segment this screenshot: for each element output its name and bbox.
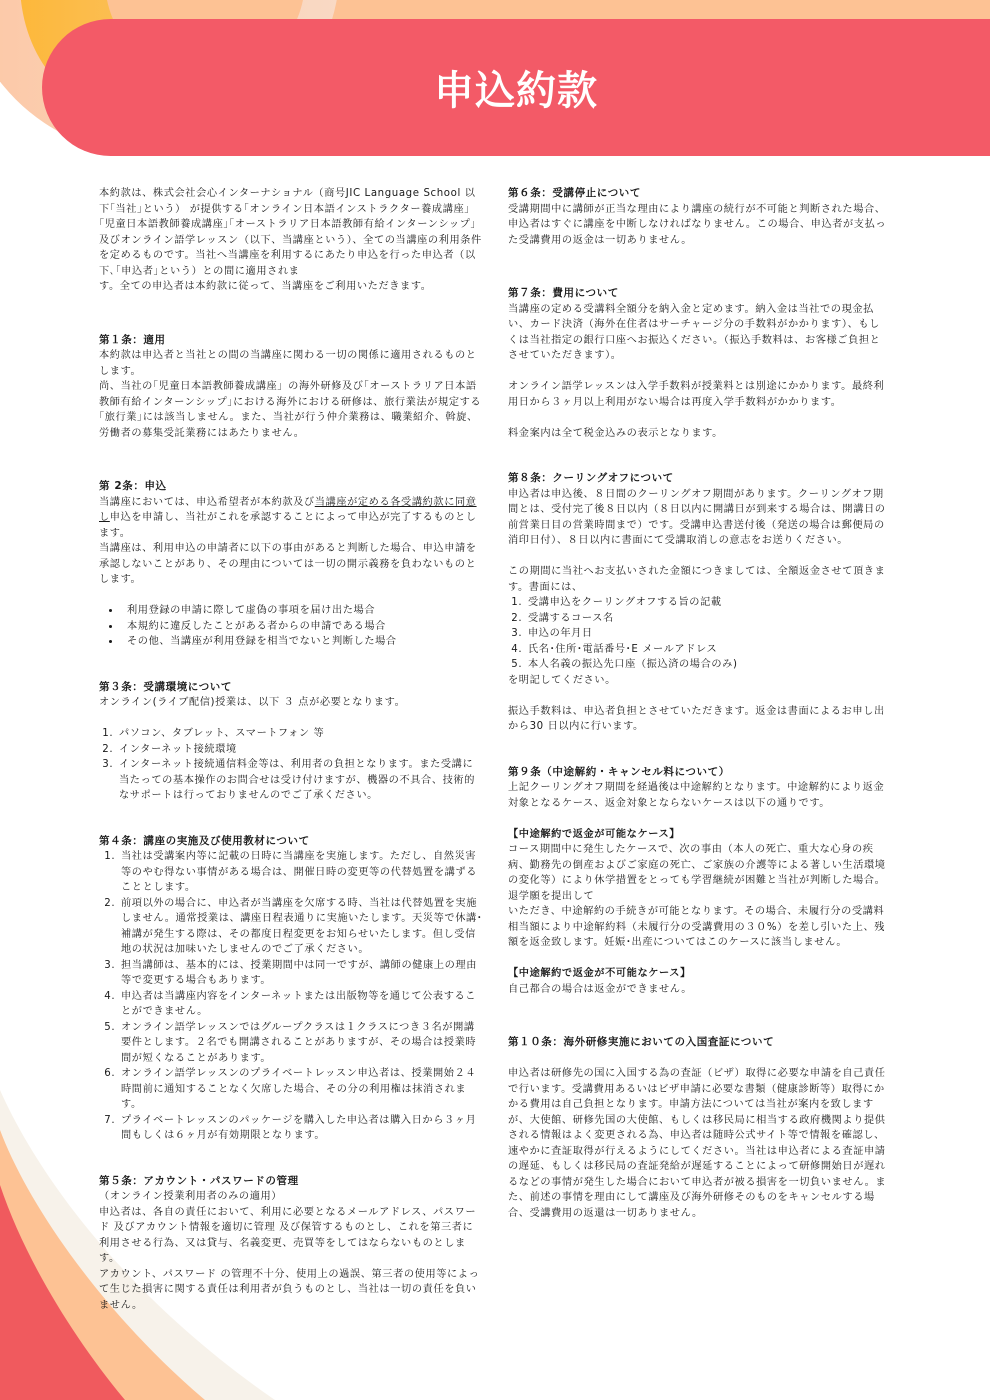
article-3-heading: 第３条：受講環境について <box>99 680 484 696</box>
article-9-heading: 第９条（中途解約・キャンセル料について） <box>508 765 888 781</box>
article-6-p1: 受講期間中に講師が正当な理由により講座の続行が不可能と判断された場合、申込者はす… <box>508 202 888 249</box>
article-8-p2: この期間に当社へお支払いされた金額につきましては、全額返金させて頂きます。書面に… <box>508 564 888 595</box>
article-2-heading: 第 2条：申込 <box>99 479 484 495</box>
article-9-p2: コース期間中に発生したケースで、次の事由（本人の死亡、重大な心身の疾病、勤務先の… <box>508 842 888 904</box>
intro-text: 本約款は、株式会社会心インターナショナル（商号JIC Language Scho… <box>99 186 484 279</box>
list-item: 本人名義の振込先口座（振込済の場合のみ) <box>526 657 888 673</box>
article-3: 第３条：受講環境について オンライン(ライブ配信)授業は、以下 ３ 点が必要とな… <box>99 680 484 804</box>
left-column: 本約款は、株式会社会心インターナショナル（商号JIC Language Scho… <box>99 186 484 1343</box>
article-3-list: パソコン、タブレット、スマートフォン 等 インターネット接続環境 インターネット… <box>99 726 484 804</box>
list-item: 担当講師は、基本的には、授業期間中は同一ですが、講師の健康上の理由等で変更する場… <box>119 958 484 989</box>
article-8: 第８条：クーリングオフについて 申込者は申込後、８日間のクーリングオフ期間があり… <box>508 471 888 735</box>
list-item: プライベートレッスンのパッケージを購入した申込者は購入日から３ヶ月間もしくは６ヶ… <box>119 1113 484 1144</box>
article-9-p3: いただき、中途解約の手続きが可能となります。その場合、未履行分の受講料相当額によ… <box>508 904 888 951</box>
article-10-p1: 申込者は研修先の国に入国する為の査証（ビザ）取得に必要な申請を自己責任で行います… <box>508 1066 888 1221</box>
list-item: 利用登録の申請に際して虚偽の事項を届け出た場合 <box>121 603 484 619</box>
article-8-list: 受講申込をクーリングオフする旨の記載 受講するコース名 申込の年月日 氏名･住所… <box>508 595 888 673</box>
list-item: 申込の年月日 <box>526 626 888 642</box>
page-title: 申込約款 <box>434 59 640 116</box>
article-7-p2: オンライン語学レッスンは入学手数料が授業料とは別途にかかります。最終利用日から３… <box>508 379 888 410</box>
article-5-note: （オンライン授業利用者のみの適用） <box>99 1189 484 1205</box>
article-9-p4: 自己都合の場合は返金ができません。 <box>508 982 888 998</box>
list-item: その他、当講座が利用登録を相当でないと判断した場合 <box>121 634 484 650</box>
article-1-p2: 尚、当社の｢児童日本語教師養成講座」の海外研修及び｢オーストラリア日本語教師有給… <box>99 379 484 441</box>
list-item: 申込者は当講座内容をインターネットまたは出版物等を通じて公表することができません… <box>119 989 484 1020</box>
article-6-heading: 第６条：受講停止について <box>508 186 888 202</box>
article-1-heading: 第１条：適用 <box>99 333 484 349</box>
title-banner: 申込約款 <box>42 19 990 156</box>
article-1-p1: 本約款は申込者と当社との間の当講座に関わる一切の関係に適用されるものとします。 <box>99 348 484 379</box>
intro-text-2: す。全ての申込者は本約款に従って、当講座をご利用いただきます。 <box>99 279 484 295</box>
article-2-p1: 当講座においては、申込希望者が本約款及び当講座が定める各受講約款に同意し申込を申… <box>99 495 484 542</box>
article-4: 第４条：講座の実施及び使用教材について 当社は受講案内等に記載の日時に当講座を実… <box>99 834 484 1144</box>
list-item: 氏名･住所･電話番号･E メールアドレス <box>526 642 888 658</box>
list-item: 本規約に違反したことがある者からの申請である場合 <box>121 619 484 635</box>
article-9-p1: 上記クーリングオフ期間を経過後は中途解約となります。中途解約により返金対象となる… <box>508 780 888 811</box>
article-9-refundable-heading: 【中途解約で返金が可能なケース】 <box>508 827 888 843</box>
right-column: 第６条：受講停止について 受講期間中に講師が正当な理由により講座の続行が不可能と… <box>508 186 888 1251</box>
list-item: 受講申込をクーリングオフする旨の記載 <box>526 595 888 611</box>
list-item: 受講するコース名 <box>526 611 888 627</box>
list-item: パソコン、タブレット、スマートフォン 等 <box>117 726 484 742</box>
article-10-heading: 第１０条：海外研修実施においての入国査証について <box>508 1035 888 1051</box>
article-7-p3: 料金案内は全て税金込みの表示となります。 <box>508 426 888 442</box>
article-8-p3: を明記してください。 <box>508 673 888 689</box>
list-item: インターネット接続環境 <box>117 742 484 758</box>
article-2-p1-text: 当講座においては、申込希望者が本約款及び <box>99 497 315 508</box>
top-decor-band <box>0 0 990 19</box>
article-4-heading: 第４条：講座の実施及び使用教材について <box>99 834 484 850</box>
article-7-p1: 当講座の定める受講料全額分を納入金と定めます。納入金は当社での現金払い、カード決… <box>508 302 888 364</box>
list-item: オンライン語学レッスンのプライベートレッスン申込者は、授業開始２４時間前に通知す… <box>119 1066 484 1113</box>
article-9-nonrefundable-heading: 【中途解約で返金が不可能なケース】 <box>508 966 888 982</box>
article-2-p1-text-end: 申込を申請し、当社がこれを承認することによって申込が完了するものとします。 <box>99 512 477 539</box>
article-2: 第 2条：申込 当講座においては、申込希望者が本約款及び当講座が定める各受講約款… <box>99 479 484 650</box>
article-1: 第１条：適用 本約款は申込者と当社との間の当講座に関わる一切の関係に適用されるも… <box>99 333 484 442</box>
article-8-heading: 第８条：クーリングオフについて <box>508 471 888 487</box>
article-3-p1: オンライン(ライブ配信)授業は、以下 ３ 点が必要となります。 <box>99 695 484 711</box>
article-8-p1: 申込者は申込後、８日間のクーリングオフ期間があります。クーリングオフ期間とは、受… <box>508 487 888 549</box>
intro-section: 本約款は、株式会社会心インターナショナル（商号JIC Language Scho… <box>99 186 484 295</box>
list-item: 前項以外の場合に、申込者が当講座を欠席する時、当社は代替処置を実施しません。通常… <box>119 896 484 958</box>
article-2-p2: 当講座は、利用申込の申請者に以下の事由があると判断した場合、申込申請を承認しない… <box>99 541 484 588</box>
article-8-p4: 振込手数料は、申込者負担とさせていただきます。返金は書面によるお申し出から30 … <box>508 704 888 735</box>
list-item: インターネット接続通信料金等は、利用者の負担となります。また受講に当たっての基本… <box>117 757 484 804</box>
article-5-p1: 申込者は、各自の責任において、利用に必要となるメールアドレス、パスワード 及びア… <box>99 1205 484 1267</box>
article-9: 第９条（中途解約・キャンセル料について） 上記クーリングオフ期間を経過後は中途解… <box>508 765 888 998</box>
article-7-heading: 第７条：費用について <box>508 286 888 302</box>
article-2-bullet-list: 利用登録の申請に際して虚偽の事項を届け出た場合 本規約に違反したことがある者から… <box>99 603 484 650</box>
list-item: オンライン語学レッスンではグループクラスは１クラスにつき３名が開講要件とします。… <box>119 1020 484 1067</box>
list-item: 当社は受講案内等に記載の日時に当講座を実施します。ただし、自然災害等のやむ得ない… <box>119 849 484 896</box>
article-6: 第６条：受講停止について 受講期間中に講師が正当な理由により講座の続行が不可能と… <box>508 186 888 248</box>
article-5-heading: 第５条：アカウント・パスワードの管理 <box>99 1174 484 1190</box>
article-5: 第５条：アカウント・パスワードの管理 （オンライン授業利用者のみの適用） 申込者… <box>99 1174 484 1314</box>
article-4-list: 当社は受講案内等に記載の日時に当講座を実施します。ただし、自然災害等のやむ得ない… <box>99 849 484 1144</box>
article-7: 第７条：費用について 当講座の定める受講料全額分を納入金と定めます。納入金は当社… <box>508 286 888 441</box>
article-5-p2: アカウント、パスワード の管理不十分、使用上の過誤、第三者の使用等によって生じた… <box>99 1267 484 1314</box>
article-10: 第１０条：海外研修実施においての入国査証について 申込者は研修先の国に入国する為… <box>508 1035 888 1221</box>
